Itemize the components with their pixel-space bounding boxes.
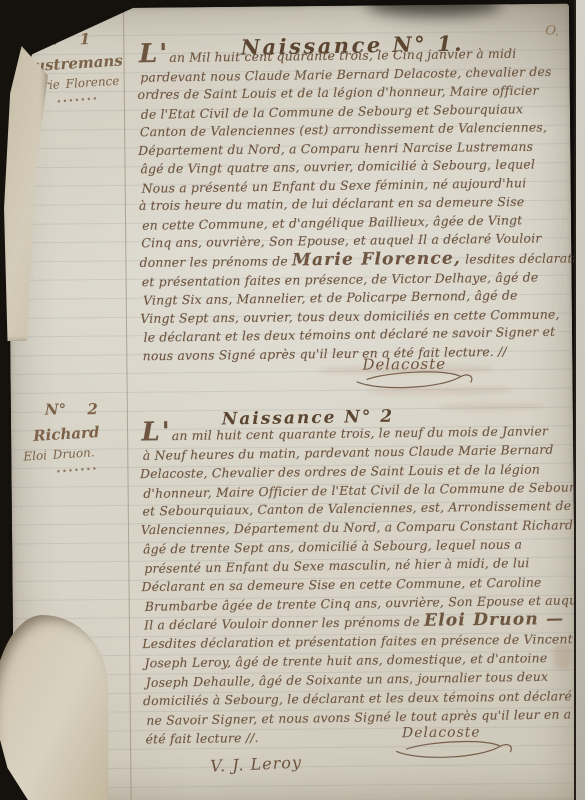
signature-delacoste-2: Delacoste	[402, 724, 481, 741]
next-page-edge	[574, 0, 585, 800]
signature-name: V. J. Leroy	[210, 753, 302, 776]
ink-bleed-smudge	[553, 644, 571, 670]
manuscript-line-segment: lesdites déclaration	[461, 250, 585, 266]
signature-flourish-icon	[388, 736, 518, 763]
manuscript-line-segment: donner les prénoms de	[140, 253, 293, 270]
manuscript-line-segment: Il a déclaré Vouloir donner les prénoms …	[144, 614, 424, 633]
margin-firstnames: Eloi Druon.	[23, 443, 132, 464]
scan-background: O. N° 1 Lustremans Marie Florence Naissa…	[0, 0, 585, 800]
page-curl-bottomleft	[0, 615, 108, 800]
manuscript-body-2: L'an mil huit cent quarante trois, le ne…	[141, 418, 577, 749]
signature-leroy: V. J. Leroy	[210, 753, 302, 776]
given-names-emphasis: Eloi Druon —	[424, 609, 564, 631]
given-names-emphasis: Marie Florence,	[292, 249, 461, 271]
manuscript-body-1: L'an Mil huit cent quarante trois, le Ci…	[139, 40, 573, 366]
